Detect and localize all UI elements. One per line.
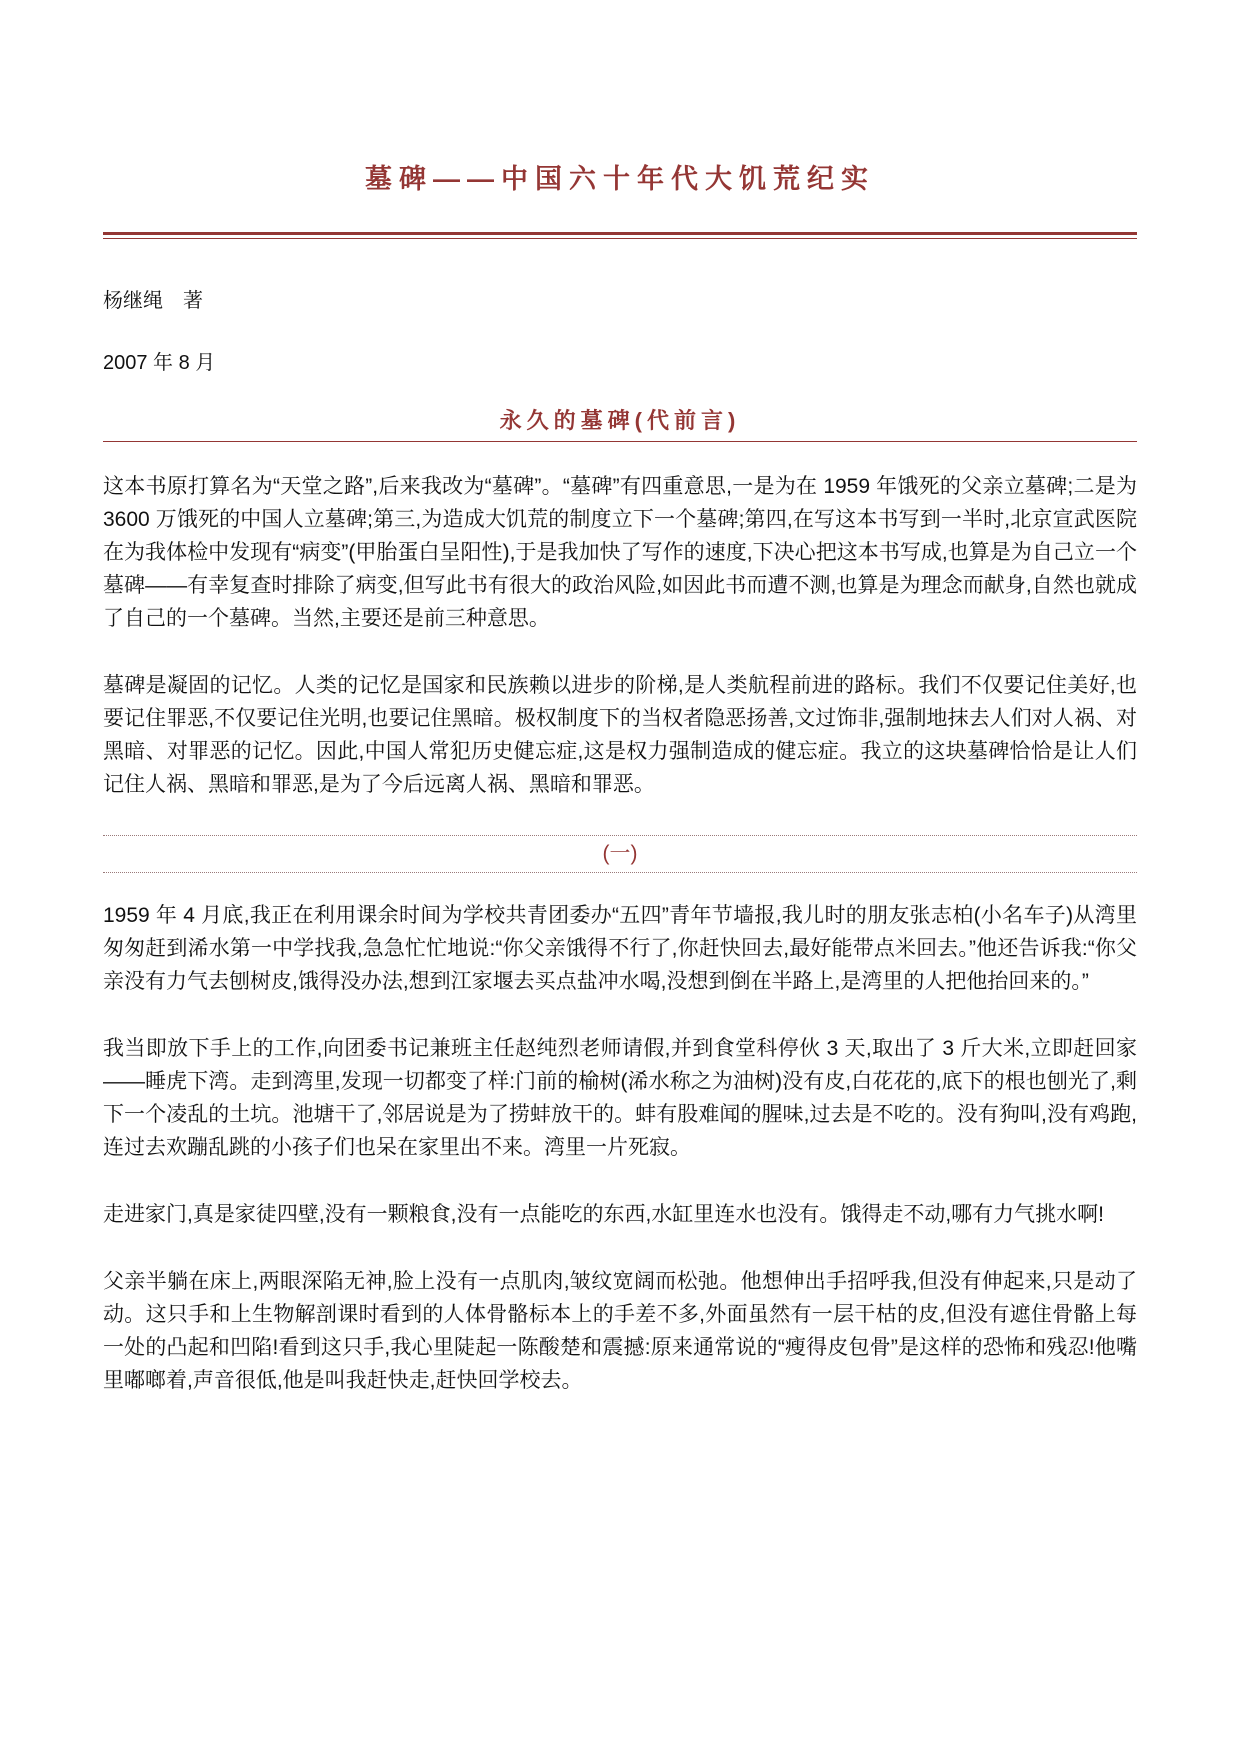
preface-heading: 永久的墓碑(代前言) [103, 407, 1137, 442]
author-byline: 杨继绳 著 [103, 289, 1137, 313]
title-divider-rule [103, 232, 1137, 239]
chapter-one-paragraph: 1959 年 4 月底,我正在利用课余时间为学校共青团委办“五四”青年节墙报,我… [103, 899, 1137, 998]
chapter-one-paragraph: 父亲半躺在床上,两眼深陷无神,脸上没有一点肌肉,皱纹宽阔而松弛。他想伸出手招呼我… [103, 1265, 1137, 1397]
chapter-one-label: (一) [603, 842, 638, 865]
chapter-one-divider: (一) [103, 835, 1137, 873]
chapter-one-paragraph: 我当即放下手上的工作,向团委书记兼班主任赵纯烈老师请假,并到食堂科停伙 3 天,… [103, 1032, 1137, 1164]
publication-date: 2007 年 8 月 [103, 351, 1137, 375]
chapter-one-paragraph: 走进家门,真是家徒四壁,没有一颗粮食,没有一点能吃的东西,水缸里连水也没有。饿得… [103, 1198, 1137, 1231]
preface-paragraph: 墓碑是凝固的记忆。人类的记忆是国家和民族赖以进步的阶梯,是人类航程前进的路标。我… [103, 669, 1137, 801]
preface-paragraph: 这本书原打算名为“天堂之路”,后来我改为“墓碑”。“墓碑”有四重意思,一是为在 … [103, 470, 1137, 635]
document-page: 墓碑——中国六十年代大饥荒纪实 杨继绳 著 2007 年 8 月 永久的墓碑(代… [103, 0, 1137, 1397]
book-title: 墓碑——中国六十年代大饥荒纪实 [103, 162, 1137, 196]
